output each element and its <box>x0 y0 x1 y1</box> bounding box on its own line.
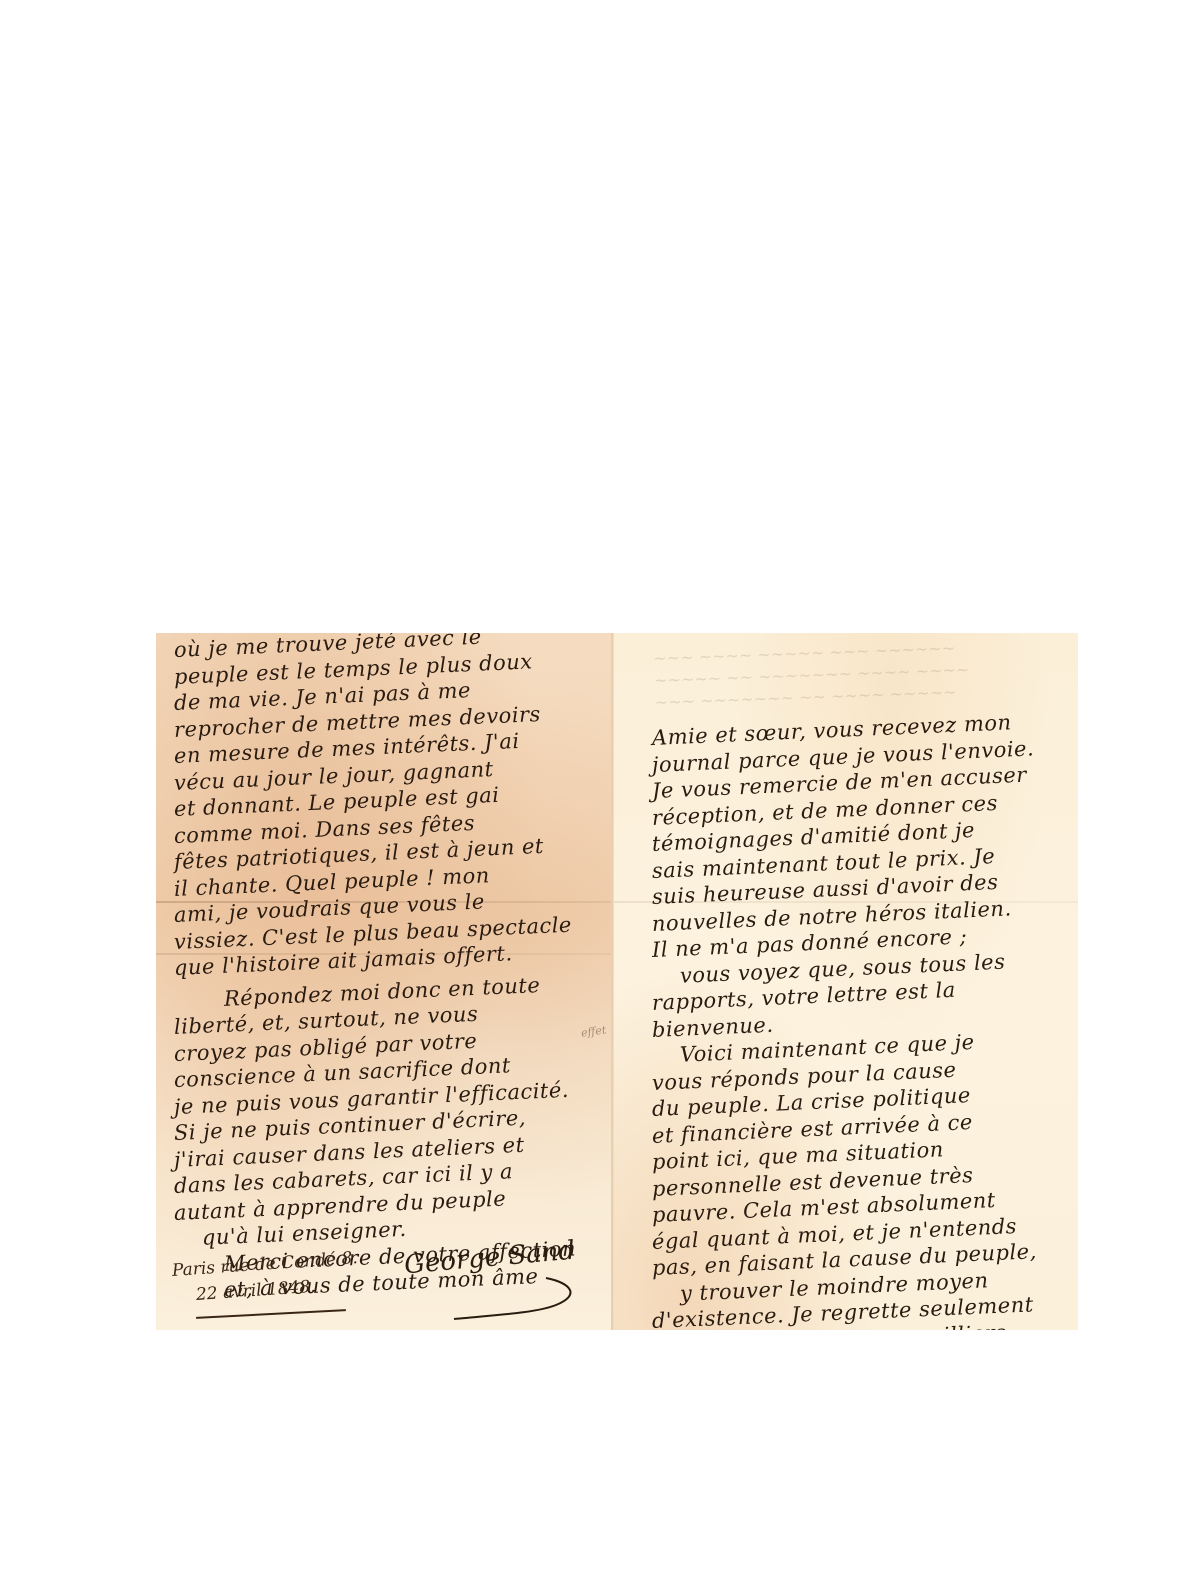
left-page: où je me trouve jeté avec le peuple est … <box>156 633 613 1330</box>
left-page-text: où je me trouve jeté avec le peuple est … <box>156 637 611 1306</box>
right-page: ~~~ ~~~~ ~~~~~ ~~~ ~~~~~~~~~~~ ~~ ~~~~~~… <box>613 633 1078 1330</box>
date-underline <box>196 1309 346 1319</box>
right-page-text: Amie et sœur, vous recevez mon journal p… <box>614 725 1078 1330</box>
signature-flourish-icon <box>446 1273 596 1323</box>
bleed-through-text: ~~~ ~~~~ ~~~~~ ~~~ ~~~~~~~~~~~ ~~ ~~~~~~… <box>653 634 1049 714</box>
letter-scan: où je me trouve jeté avec le peuple est … <box>156 633 1078 1330</box>
